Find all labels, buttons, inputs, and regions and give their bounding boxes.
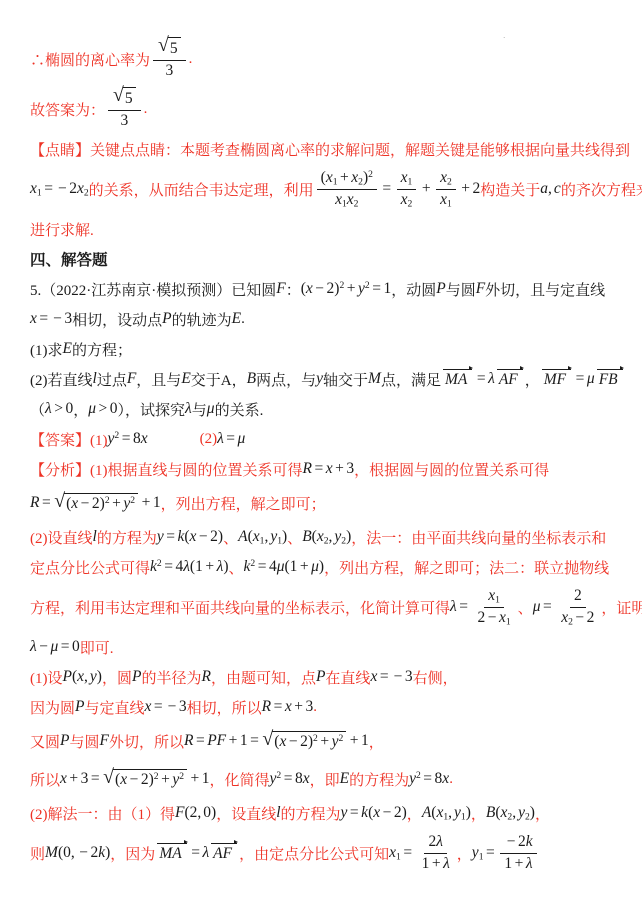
text-run: 过点 <box>97 369 127 390</box>
math-run: −2k <box>504 832 532 852</box>
text-run: 故答案为： <box>30 99 105 120</box>
math-run: F <box>276 280 285 298</box>
fraction: x2x1 <box>436 168 456 209</box>
text-run: (2)若直线 <box>30 369 93 390</box>
text-run: ，动圆 <box>391 279 436 300</box>
fraction-denominator: 2−x1 <box>473 608 514 628</box>
math-run: x2 <box>401 190 413 210</box>
vector-overline: MF <box>542 369 571 389</box>
math-run: x2−2 <box>561 608 594 628</box>
math-run: +1 <box>139 494 161 512</box>
key-point-note-line3: 进行求解. <box>30 214 620 244</box>
math-run: 1+λ <box>504 854 532 874</box>
math-run: P <box>132 668 141 686</box>
fraction-numerator: x2 <box>436 168 456 189</box>
text-run: 点，满足 <box>381 369 441 390</box>
math-run: R=PF+1= <box>184 732 261 750</box>
text-run: 的齐次方程来 <box>561 179 642 200</box>
math-run: y2=8x <box>409 770 449 788</box>
fraction: 2x2−2 <box>557 586 598 627</box>
math-run: 2 <box>574 586 582 606</box>
fraction-numerator: 2λ <box>424 832 446 853</box>
text-run: 即可. <box>80 637 114 658</box>
math-run: k2=4μ(1+μ) <box>244 558 325 576</box>
text-run: ，圆 <box>102 667 132 688</box>
text-run: ，证明 <box>601 597 642 618</box>
text-run: 【答案】(1) <box>30 429 108 450</box>
math-run: λ= <box>450 598 470 616</box>
math-run: μ>0 <box>88 400 117 418</box>
text-run: 定点分比公式可得 <box>30 557 150 578</box>
text-run: ， <box>73 399 88 420</box>
math-run: +1 <box>188 770 210 788</box>
text-run: ： <box>286 279 301 300</box>
fraction: √53 <box>153 37 186 80</box>
math-run: a,c <box>540 180 561 198</box>
fraction: √53 <box>108 87 141 130</box>
text-run: 与圆 <box>446 279 476 300</box>
math-run: μ= <box>533 598 555 616</box>
radical-sign: √ <box>54 492 65 512</box>
math-run: P(x,y) <box>63 668 102 686</box>
eccentricity-conclusion: ∴椭圆的离心率为√53. <box>30 34 620 84</box>
math-run: y2=8x <box>270 770 310 788</box>
text-run: ，法一：由平面共线向量的坐标表示和 <box>351 527 606 548</box>
solution1-line1: (1)设P(x,y)，圆P的半径为R，由题可知，点P在直线x=−3右侧， <box>30 662 620 692</box>
fraction-denominator: x1x2 <box>331 190 362 210</box>
math-run: +2 <box>459 180 481 198</box>
document-page: ∴椭圆的离心率为√53.故答案为：√53.【点睛】关键点点睛：本题考查椭圆离心率… <box>0 0 642 907</box>
text-run: ， <box>369 731 384 752</box>
text-run: (1)设 <box>30 667 63 688</box>
key-point-note-line2: x1=−2x2的关系，从而结合韦达定理，利用(x1+x2)2x1x2=x1x2+… <box>30 164 620 214</box>
vector-overline: AF <box>211 843 237 863</box>
math-run: μ <box>207 400 215 418</box>
solution2-line2: 则M(0,−2k)，因为MA=λAF，由定点分比公式可知x1=2λ1+λ，y1=… <box>30 828 620 878</box>
square-root: √(x−2)2+y2 <box>54 493 138 513</box>
math-run: R=x+3 <box>262 698 314 716</box>
math-run: x1x2 <box>335 190 358 210</box>
text-run: 与圆 <box>69 731 99 752</box>
fraction-denominator: 1+λ <box>500 854 536 874</box>
math-run: =λ <box>474 370 494 388</box>
fraction-denominator: 3 <box>116 111 132 131</box>
math-run: x1 <box>488 586 500 606</box>
final-answer: 故答案为：√53. <box>30 84 620 134</box>
text-run: 右侧， <box>413 667 458 688</box>
vector-overline: MA <box>157 843 186 863</box>
fraction-numerator: 2 <box>570 586 586 607</box>
text-run: (1)求 <box>30 339 63 360</box>
text-run: 的方程为 <box>281 803 341 824</box>
math-run: λ−μ=0 <box>30 638 80 656</box>
math-run: =λ <box>189 844 209 862</box>
math-run: +1 <box>347 732 369 750</box>
fraction: x12−x1 <box>473 586 514 627</box>
text-run: 与定直线 <box>84 697 144 718</box>
square-root: √(x−2)2+y2 <box>103 769 187 789</box>
radical-sign: √ <box>158 36 169 56</box>
fraction-denominator: 3 <box>161 61 177 81</box>
text-run: ），试探究 <box>118 399 186 420</box>
radical-sign: √ <box>262 730 273 750</box>
math-run: E <box>340 770 349 788</box>
text-run: ，设直线 <box>216 803 276 824</box>
math-run: x=−3 <box>30 310 72 328</box>
math-run: x1 <box>401 168 413 188</box>
radicand: (x−2)2+y2 <box>113 769 187 789</box>
fraction-numerator: (x1+x2)2 <box>317 168 377 189</box>
text-run: 外切，所以 <box>109 731 184 752</box>
text-run: (2)设直线 <box>30 527 93 548</box>
text-run: 在直线 <box>325 667 370 688</box>
vector-overline: MA <box>443 369 472 389</box>
text-run: 5.（2022·江苏南京·模拟预测）已知圆 <box>30 279 276 300</box>
vector-overline: FB <box>597 369 623 389</box>
text-run: . <box>241 311 245 328</box>
math-run: λ>0 <box>45 400 73 418</box>
math-run: y=k(x−2) <box>157 528 223 546</box>
text-run: 、 <box>223 527 238 548</box>
fraction-denominator: x2−2 <box>557 608 598 628</box>
text-run: ，且与 <box>136 369 181 390</box>
math-run: x1= <box>389 844 414 862</box>
text-run: 相切，所以 <box>187 697 262 718</box>
math-run: x1=−2x2 <box>30 180 89 198</box>
math-run: P <box>316 668 325 686</box>
text-run: 、 <box>287 527 302 548</box>
fraction-denominator: x1 <box>436 190 456 210</box>
problem5-part2-line2: （λ>0，μ>0），试探究λ与μ的关系. <box>30 394 620 424</box>
text-run: 进行求解. <box>30 219 94 240</box>
math-run: R=x+3 <box>303 460 355 478</box>
math-run: + <box>419 180 433 198</box>
math-run: E <box>181 370 190 388</box>
fraction-numerator: −2k <box>500 832 536 853</box>
math-run: λ <box>185 400 192 418</box>
text-run: 两点，与 <box>256 369 316 390</box>
math-run: y <box>316 370 323 388</box>
square-root: √(x−2)2+y2 <box>262 731 346 751</box>
radicand: 5 <box>168 37 181 59</box>
math-run: x2 <box>440 168 452 188</box>
text-run: ， <box>525 369 540 390</box>
math-run: E <box>63 340 72 358</box>
text-run: 又圆 <box>30 731 60 752</box>
math-run: k2=4λ(1+λ) <box>150 558 228 576</box>
analysis-line5: 方程，利用韦达定理和平面共线向量的坐标表示，化简计算可得λ=x12−x1、μ=2… <box>30 582 620 632</box>
text-run: . <box>144 101 148 118</box>
fraction: x1x2 <box>397 168 417 209</box>
math-run: 1+λ <box>422 854 450 874</box>
text-run: 的轨迹为 <box>172 309 232 330</box>
radical-sign: √ <box>113 86 124 106</box>
analysis-line3: (2)设直线l的方程为y=k(x−2)、A(x1,y1)、B(x2,y2)，法一… <box>30 522 620 552</box>
text-run: ，由定点分比公式可知 <box>239 843 389 864</box>
text-run: 的关系. <box>215 399 264 420</box>
solution1-line2: 因为圆P与定直线x=−3相切，所以R=x+3. <box>30 692 620 722</box>
text-run: ，即 <box>310 769 340 790</box>
math-run: B <box>247 370 256 388</box>
text-run: （ <box>30 399 45 420</box>
fraction: 2λ1+λ <box>418 832 454 873</box>
fraction-numerator: √5 <box>108 87 141 110</box>
math-run: (x−2)2+y2=1 <box>301 280 391 298</box>
analysis-line1: 【分析】(1)根据直线与圆的位置关系可得R=x+3，根据圆与圆的位置关系可得 <box>30 454 620 484</box>
fraction-numerator: x1 <box>484 586 504 607</box>
problem5-part1: (1)求E的方程； <box>30 334 620 364</box>
math-run: R= <box>30 494 53 512</box>
math-run: 2λ <box>428 832 442 852</box>
section-heading: 四、解答题 <box>30 244 620 274</box>
math-run: (x−2)2+y2 <box>274 733 343 751</box>
math-run: x=−3 <box>370 668 412 686</box>
math-run: A(x1,y1) <box>238 528 287 546</box>
text-run: ，列出方程，解之即可；法二：联立抛物线 <box>324 557 609 578</box>
radicand: (x−2)2+y2 <box>64 493 138 513</box>
text-run: 【分析】(1)根据直线与圆的位置关系可得 <box>30 459 303 480</box>
text-run: 与 <box>192 399 207 420</box>
text-run: ，化简得 <box>210 769 270 790</box>
text-run: 四、解答题 <box>30 248 108 270</box>
text-run: 的半径为 <box>141 667 201 688</box>
text-run: (2) <box>200 431 218 448</box>
math-run: P <box>162 310 171 328</box>
text-run: 方程，利用韦达定理和平面共线向量的坐标表示，化简计算可得 <box>30 597 450 618</box>
text-run: 所以 <box>30 769 60 790</box>
text-run: ，列出方程，解之即可； <box>161 493 326 514</box>
math-run: B(x2,y2) <box>302 528 351 546</box>
text-run: 、 <box>518 597 533 618</box>
text-run: ，由题可知，点 <box>211 667 316 688</box>
analysis-line6: λ−μ=0即可. <box>30 632 620 662</box>
math-run: P <box>75 698 84 716</box>
math-run: λ=μ <box>217 430 245 448</box>
math-run: F <box>476 280 485 298</box>
text-run: 构造关于 <box>480 179 540 200</box>
math-run: =μ <box>573 370 595 388</box>
math-run: R <box>201 668 210 686</box>
fraction-numerator: x1 <box>397 168 417 189</box>
fraction: (x1+x2)2x1x2 <box>317 168 377 209</box>
analysis-line2: R=√(x−2)2+y2+1，列出方程，解之即可； <box>30 484 620 522</box>
math-run: (x−2)2+y2 <box>66 495 135 513</box>
text-run: ，根据圆与圆的位置关系可得 <box>354 459 549 480</box>
text-run: ， <box>407 803 422 824</box>
text-run: 的方程； <box>72 339 132 360</box>
math-run: F <box>127 370 136 388</box>
math-run: 5 <box>125 89 133 109</box>
math-run: 5 <box>170 39 178 59</box>
document-body: ∴椭圆的离心率为√53.故答案为：√53.【点睛】关键点点睛：本题考查椭圆离心率… <box>30 34 620 878</box>
text-run: (2)解法一：由（1）得 <box>30 803 175 824</box>
math-run: A(x1,y1) <box>422 804 471 822</box>
text-run: 相切，设动点 <box>72 309 162 330</box>
problem5-line1: 5.（2022·江苏南京·模拟预测）已知圆F：(x−2)2+y2=1，动圆P与圆… <box>30 274 620 304</box>
solution1-line4: 所以x+3=√(x−2)2+y2+1，化简得y2=8x，即E的方程为y2=8x. <box>30 760 620 798</box>
text-run: 外切，且与定直线 <box>485 279 605 300</box>
stray-mark: · <box>503 35 505 42</box>
radical-sign: √ <box>103 768 114 788</box>
math-run: 3 <box>120 111 128 131</box>
vector-overline: AF <box>497 369 523 389</box>
text-run: 因为圆 <box>30 697 75 718</box>
math-run: P <box>436 280 445 298</box>
fraction-numerator: √5 <box>153 37 186 60</box>
text-run: . <box>449 771 453 788</box>
key-point-note-line1: 【点睛】关键点点睛：本题考查椭圆离心率的求解问题，解题关键是能够根据向量共线得到 <box>30 134 620 164</box>
text-run: 轴交于 <box>323 369 368 390</box>
text-run: ∴椭圆的离心率为 <box>30 49 150 70</box>
fraction-denominator: 1+λ <box>418 854 454 874</box>
text-run: ， <box>535 803 550 824</box>
problem5-line2: x=−3相切，设动点P的轨迹为E. <box>30 304 620 334</box>
math-run: = <box>380 180 394 198</box>
text-run: 、 <box>228 557 243 578</box>
text-run: 的方程为 <box>97 527 157 548</box>
math-run: P <box>60 732 69 750</box>
math-run: F(2,0) <box>175 804 216 822</box>
radicand: (x−2)2+y2 <box>272 731 346 751</box>
text-run: 交于A， <box>191 369 247 390</box>
math-run: y=k(x−2) <box>341 804 407 822</box>
text-run: ，因为 <box>110 843 155 864</box>
fraction-denominator: x2 <box>397 190 417 210</box>
radicand: 5 <box>123 87 136 109</box>
math-run: (x−2)2+y2 <box>115 771 184 789</box>
math-run: x1 <box>440 190 452 210</box>
math-run: y1= <box>472 844 497 862</box>
math-run: M <box>368 370 381 388</box>
text-run: 【点睛】关键点点睛：本题考查椭圆离心率的求解问题，解题关键是能够根据向量共线得到 <box>30 139 630 160</box>
analysis-line4: 定点分比公式可得k2=4λ(1+λ)、k2=4μ(1+μ)，列出方程，解之即可；… <box>30 552 620 582</box>
math-run: y2=8x <box>108 430 148 448</box>
solution2-line1: (2)解法一：由（1）得F(2,0)，设直线l的方程为y=k(x−2)，A(x1… <box>30 798 620 828</box>
math-run: x=−3 <box>145 698 187 716</box>
text-run: 的关系，从而结合韦达定理，利用 <box>89 179 314 200</box>
math-run: 2−x1 <box>477 608 510 628</box>
math-run: B(x2,y2) <box>486 804 535 822</box>
square-root: √5 <box>113 87 136 109</box>
text-run: 则 <box>30 843 45 864</box>
math-run: x+3= <box>60 770 102 788</box>
fraction: −2k1+λ <box>500 832 536 873</box>
math-run: M(0,−2k) <box>45 844 110 862</box>
solution1-line3: 又圆P与圆F外切，所以R=PF+1=√(x−2)2+y2+1， <box>30 722 620 760</box>
square-root: √5 <box>158 37 181 59</box>
math-run: E <box>232 310 241 328</box>
math-run: F <box>100 732 109 750</box>
answer-line: 【答案】(1)y2=8x(2)λ=μ <box>30 424 620 454</box>
text-run: . <box>189 51 193 68</box>
text-run: . <box>313 699 317 716</box>
text-run: ， <box>457 843 472 864</box>
text-run: 的方程为 <box>349 769 409 790</box>
math-run: (x1+x2)2 <box>321 168 373 188</box>
problem5-part2-line1: (2)若直线l过点F，且与E交于A，B两点，与y轴交于M点，满足MA=λAF，M… <box>30 364 620 394</box>
text-run: ， <box>471 803 486 824</box>
math-run: 3 <box>165 61 173 81</box>
